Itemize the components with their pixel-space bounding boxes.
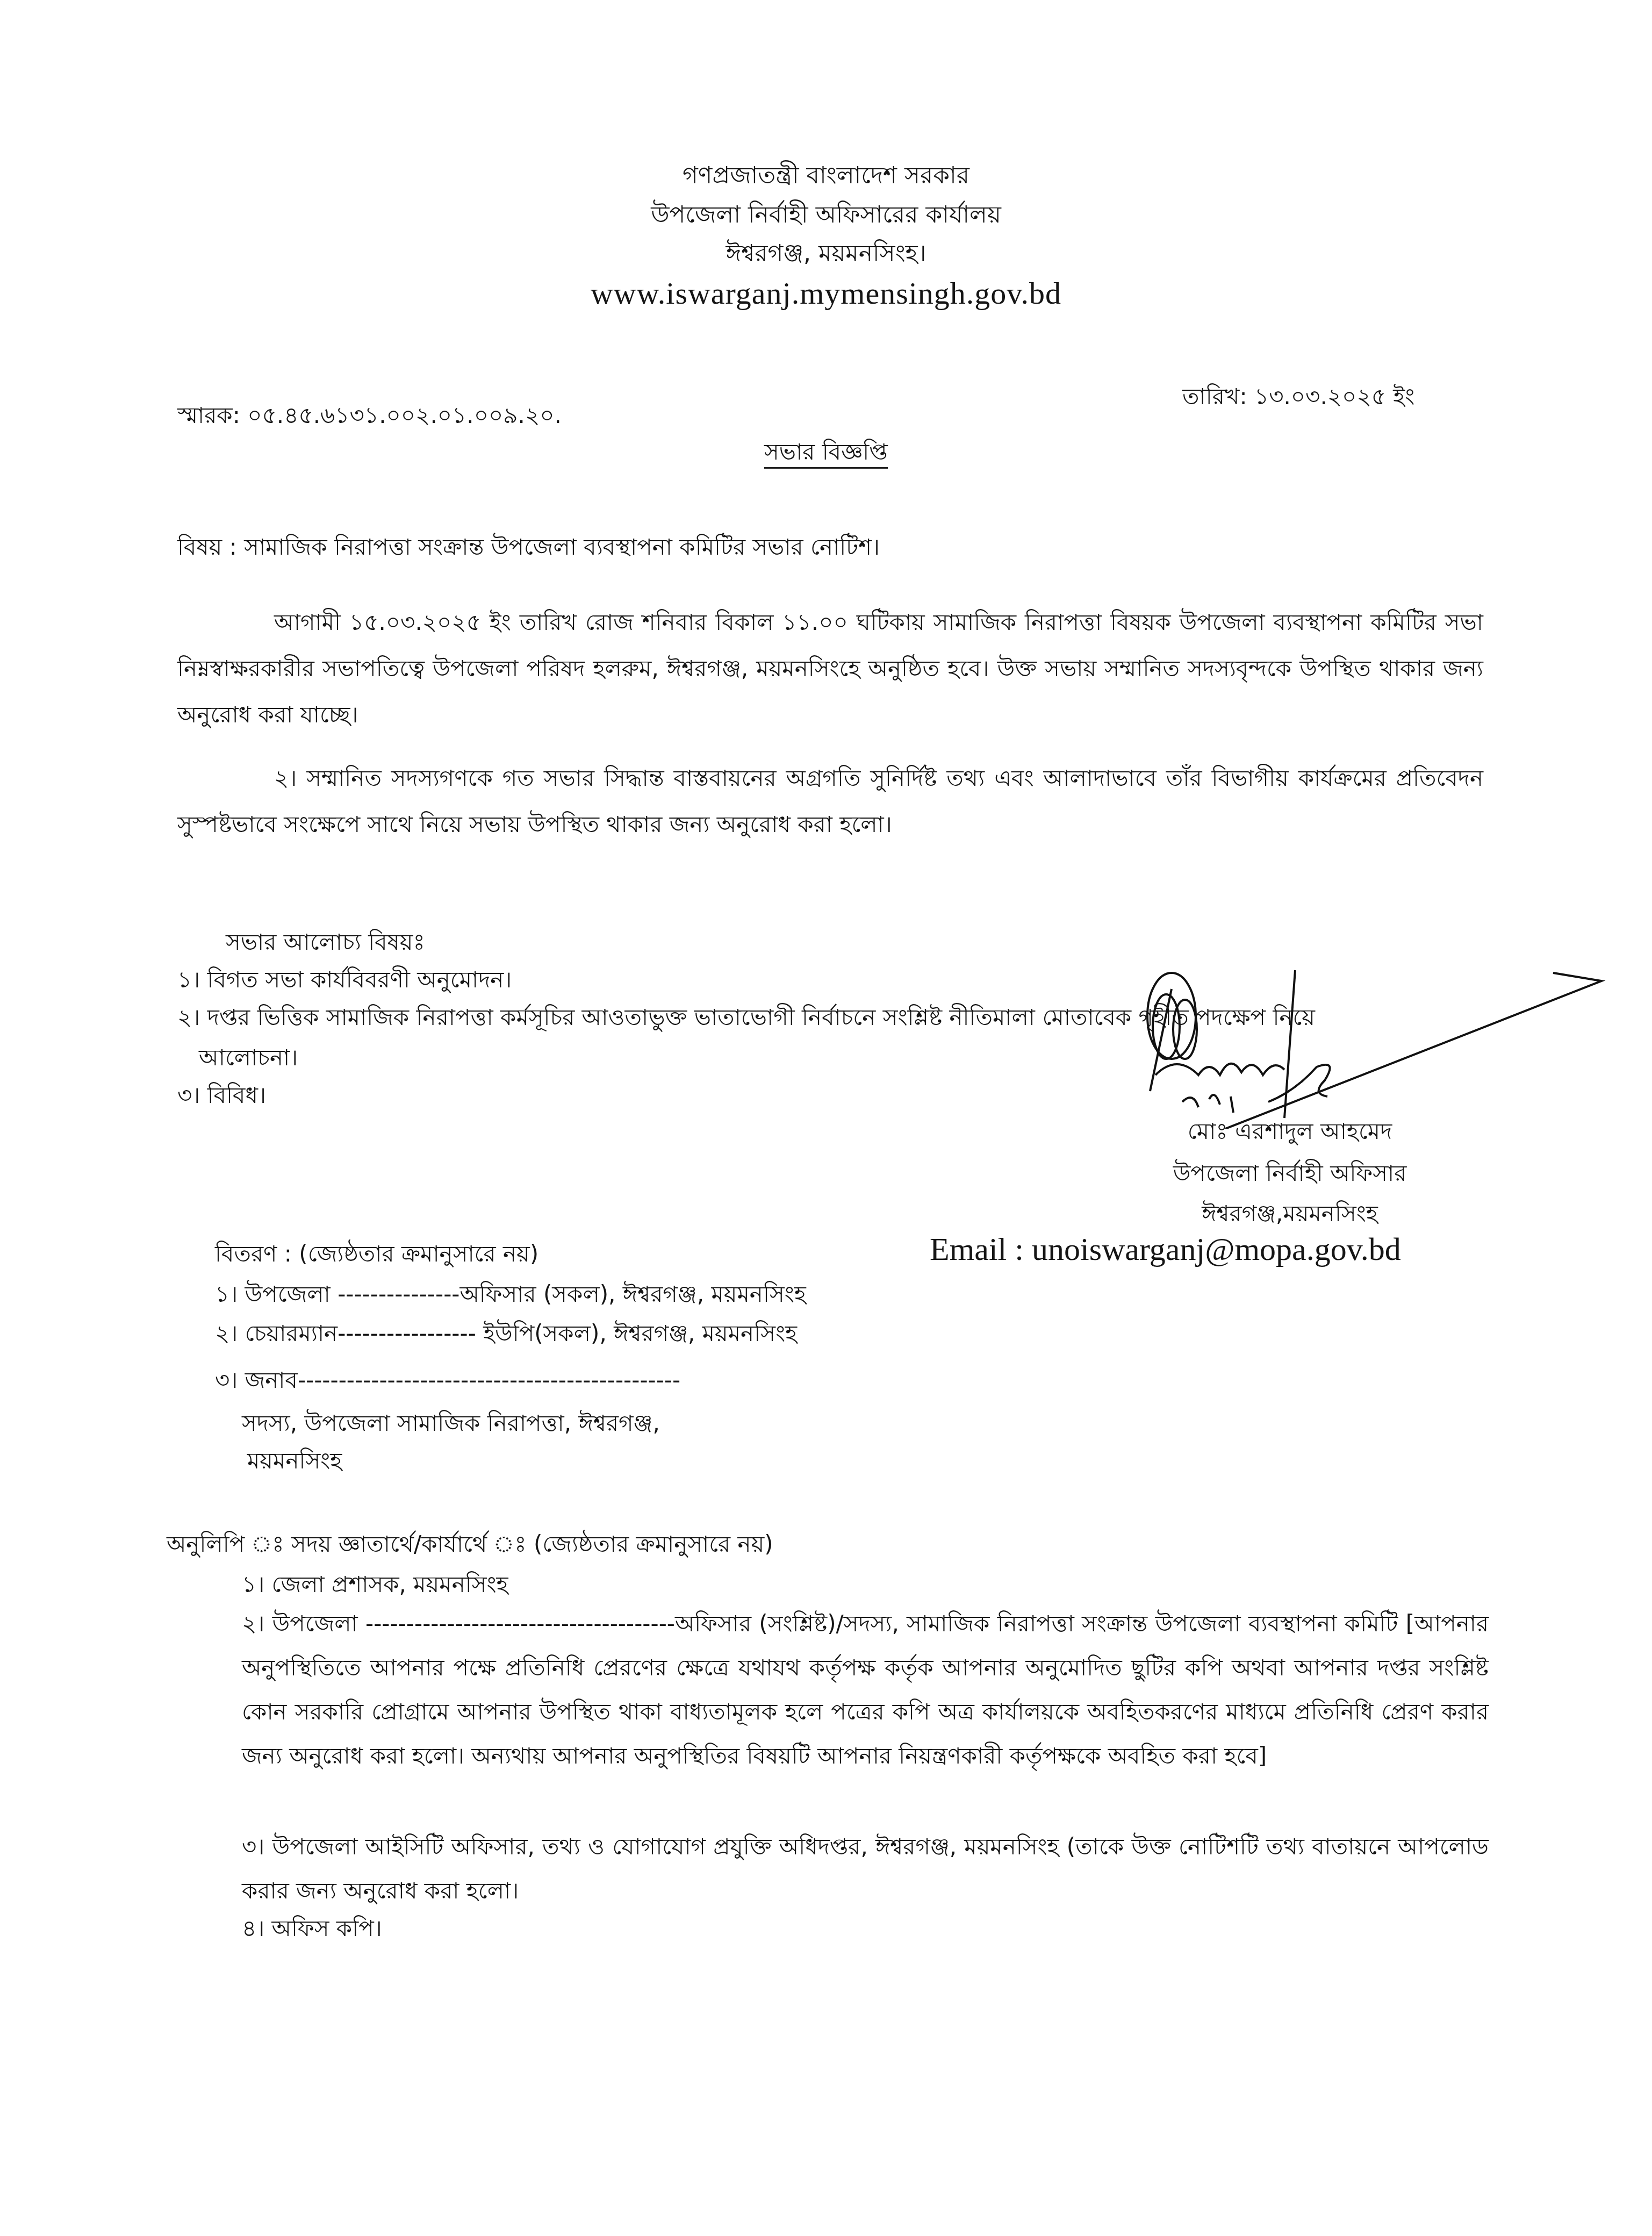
copies-heading: অনুলিপি ঃ সদয় জ্ঞাতার্থে/কার্যার্থে ঃ (…	[167, 1526, 773, 1565]
agenda-item: ১। বিগত সভা কার্যবিবরণী অনুমোদন।	[177, 962, 512, 1000]
notice-title: সভার বিজ্ঞপ্তি	[0, 434, 1652, 472]
distribution-item: ৩। জনাব---------------------------------…	[215, 1363, 680, 1401]
body-paragraph-2: ২। সম্মানিত সদস্যগণকে গত সভার সিদ্ধান্ত …	[177, 755, 1483, 848]
distribution-item-continued: ময়মনসিংহ	[247, 1443, 342, 1481]
notice-title-text: সভার বিজ্ঞপ্তি	[764, 439, 888, 469]
copy-item: ২। উপজেলা ------------------------------…	[242, 1602, 1489, 1778]
header-government: গণপ্রজাতন্ত্রী বাংলাদেশ সরকার	[0, 164, 1652, 188]
issue-date: তারিখ: ১৩.০৩.২০২৫ ইং	[1182, 379, 1414, 417]
header-location: ঈশ্বরগঞ্জ, ময়মনসিংহ।	[0, 242, 1652, 266]
body-paragraph-1: আগামী ১৫.০৩.২০২৫ ইং তারিখ রোজ শনিবার বিক…	[177, 599, 1483, 738]
reference-number: স্মারক: ০৫.৪৫.৬১৩১.০০২.০১.০০৯.২০.	[177, 398, 562, 436]
agenda-item-continued: আলোচনা।	[199, 1040, 298, 1078]
distribution-heading: বিতরণ : (জ্যেষ্ঠতার ক্রমানুসারে নয়)	[215, 1236, 538, 1274]
copy-item: ১। জেলা প্রশাসক, ময়মনসিংহ	[242, 1567, 508, 1605]
agenda-heading: সভার আলোচ্য বিষয়ঃ	[226, 924, 425, 963]
header-office: উপজেলা নির্বাহী অফিসারের কার্যালয়	[0, 203, 1652, 227]
distribution-item: ২। চেয়ারম্যান----------------- ইউপি(সকল…	[215, 1316, 797, 1354]
signer-name: মোঃ এরশাদুল আহমেদ	[1048, 1114, 1532, 1152]
agenda-item: ৩। বিবিধ।	[177, 1078, 266, 1116]
contact-email[interactable]: Email : unoiswarganj@mopa.gov.bd	[930, 1231, 1401, 1268]
signer-designation: উপজেলা নির্বাহী অফিসার	[1048, 1156, 1532, 1194]
distribution-item-continued: সদস্য, উপজেলা সামাজিক নিরাপত্তা, ঈশ্বরগঞ…	[242, 1406, 660, 1444]
signer-location: ঈশ্বরগঞ্জ,ময়মনসিংহ	[1048, 1196, 1532, 1234]
header-website: www.iswarganj.mymensingh.gov.bd	[0, 275, 1652, 311]
signature-scribble-icon	[994, 967, 1612, 1129]
copy-item: ৩। উপজেলা আইসিটি অফিসার, তথ্য ও যোগাযোগ …	[242, 1825, 1489, 1913]
distribution-item: ১। উপজেলা ---------------অফিসার (সকল), ঈ…	[215, 1277, 806, 1315]
subject-line: বিষয় : সামাজিক নিরাপত্তা সংক্রান্ত উপজে…	[177, 529, 880, 568]
copy-item: ৪। অফিস কপি।	[242, 1911, 382, 1949]
